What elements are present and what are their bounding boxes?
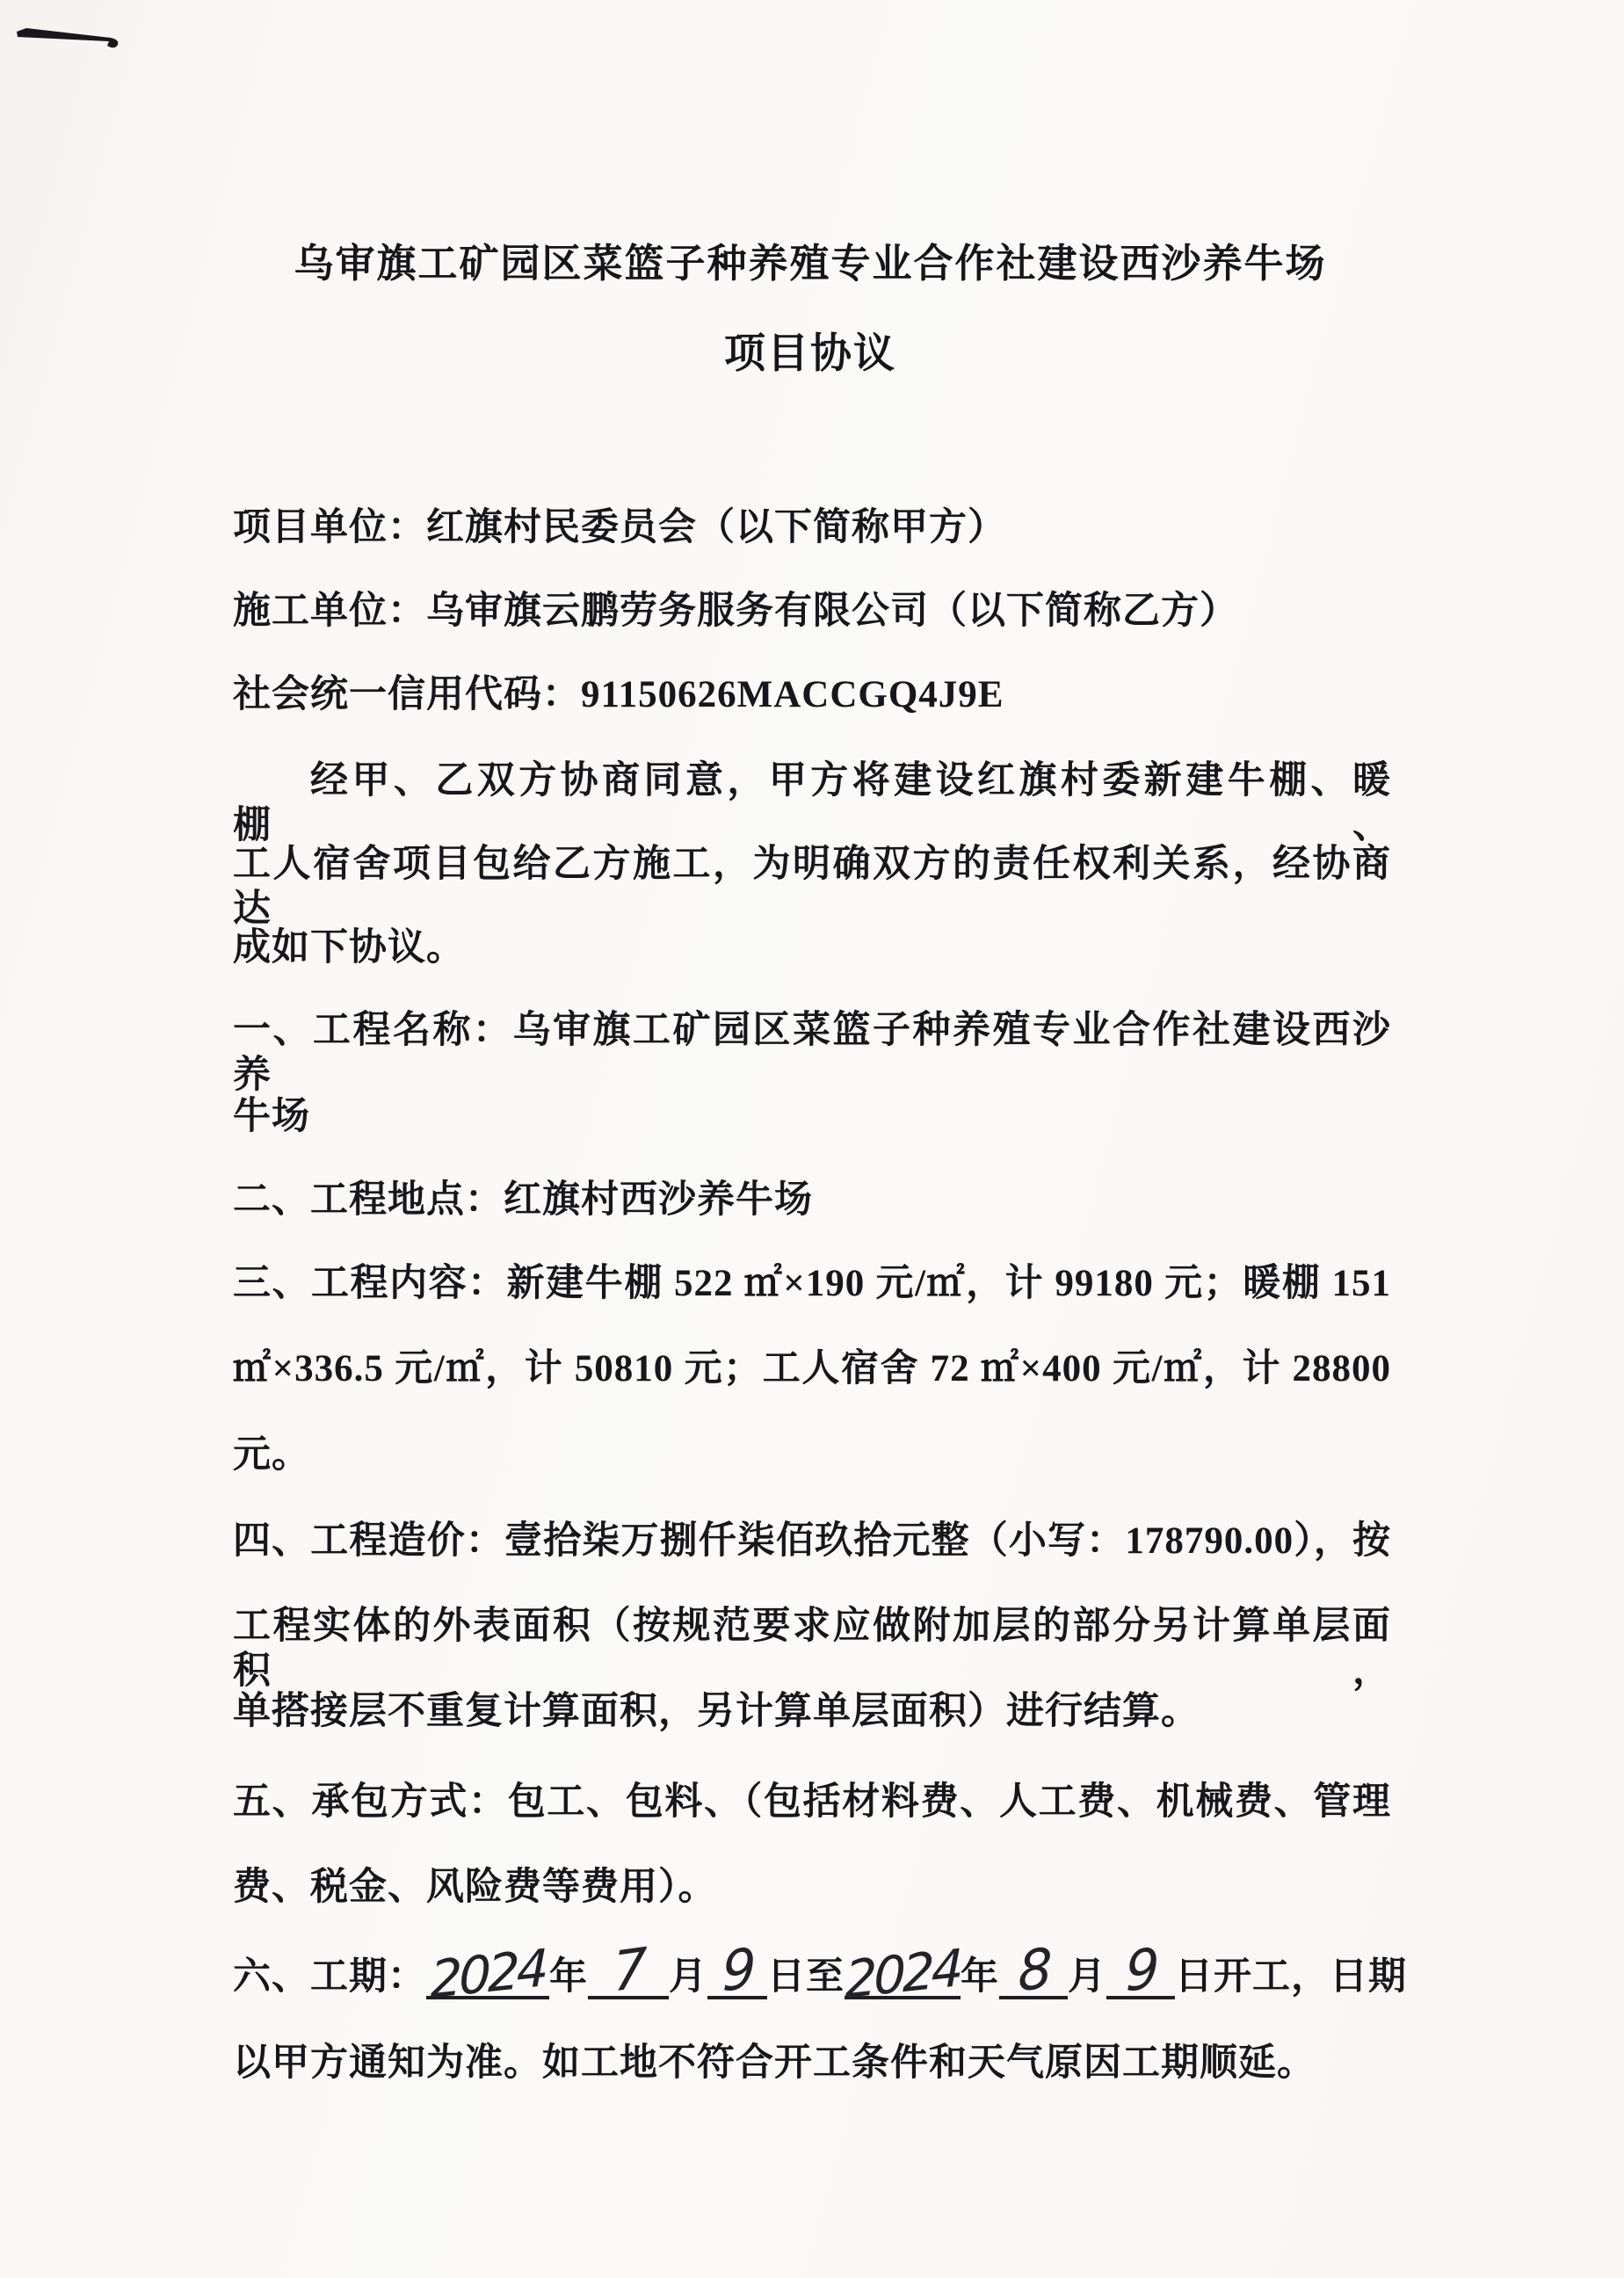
blank-start-month: 7 <box>588 1985 669 1999</box>
handwritten-start-month: 7 <box>613 1941 643 2000</box>
blank-end-year: 2024 <box>845 1985 961 1999</box>
line-clause3-content-2: ㎡×336.5 元/㎡，计 50810 元；工人宿舍 72 ㎡×400 元/㎡，… <box>233 1347 1391 1392</box>
line-construction-unit: 施工单位：乌审旗云鹏劳务服务有限公司（以下简称乙方） <box>233 590 1391 635</box>
line-clause1-name: 一、工程名称：乌审旗工矿园区菜篮子种养殖专业合作社建设西沙养 <box>233 1009 1391 1098</box>
ink-smudge-mark <box>12 21 139 60</box>
line-clause4-price-3: 单搭接层不重复计算面积，另计算单层面积）进行结算。 <box>233 1690 1391 1735</box>
handwritten-start-day: 9 <box>721 1941 752 2000</box>
handwritten-end-day: 9 <box>1125 1941 1156 2000</box>
schedule-prefix: 六、工期： <box>233 1955 426 2000</box>
blank-end-day: 9 <box>1106 1985 1175 1999</box>
year-char-2: 年 <box>961 1955 999 2000</box>
month-char-2: 月 <box>1068 1955 1106 2000</box>
document-title: 乌审旗工矿园区菜篮子种养殖专业合作社建设西沙养牛场 <box>230 243 1390 287</box>
to-chars: 日至 <box>767 1955 845 2000</box>
handwritten-start-year: 2024 <box>431 1942 546 2006</box>
schedule-suffix: 日开工，日期 <box>1175 1955 1407 2000</box>
line-clause4-price-2: 工程实体的外表面积（按规范要求应做附加层的部分另计算单层面积， <box>233 1605 1391 1694</box>
line-credit-code: 社会统一信用代码：91150626MACCGQ4J9E <box>233 673 1391 718</box>
blank-start-day: 9 <box>707 1985 767 1999</box>
document-subtitle: 项目协议 <box>230 332 1390 378</box>
blank-start-year: 2024 <box>426 1985 549 1999</box>
line-clause3-content-1: 三、工程内容：新建牛棚 522 ㎡×190 元/㎡，计 99180 元；暖棚 1… <box>233 1262 1391 1307</box>
line-clause1-cont: 牛场 <box>233 1095 1391 1140</box>
month-char-1: 月 <box>669 1955 707 2000</box>
scanned-page: { "page": { "background": "#f9f8f6", "in… <box>0 0 1624 2278</box>
line-clause6-cont: 以甲方通知为准。如工地不符合开工条件和天气原因工期顺延。 <box>233 2042 1391 2086</box>
line-preamble-2: 工人宿舍项目包给乙方施工，为明确双方的责任权利关系，经协商达 <box>233 843 1391 932</box>
blank-end-month: 8 <box>999 1985 1068 1999</box>
line-clause6-schedule: 六、工期：2024年7月9日至2024年8月9日开工，日期 <box>233 1955 1391 2000</box>
line-clause3-content-3: 元。 <box>233 1433 1391 1478</box>
line-clause4-price-1: 四、工程造价：壹拾柒万捌仟柒佰玖拾元整（小写：178790.00），按 <box>233 1520 1391 1564</box>
handwritten-end-year: 2024 <box>845 1942 961 2006</box>
line-preamble-3: 成如下协议。 <box>233 926 1391 971</box>
line-preamble-1: 经甲、乙双方协商同意，甲方将建设红旗村委新建牛棚、暖棚、 <box>233 759 1391 848</box>
line-clause5-method-1: 五、承包方式：包工、包料、（包括材料费、人工费、机械费、管理 <box>233 1781 1391 1825</box>
line-clause2-location: 二、工程地点：红旗村西沙养牛场 <box>233 1179 1391 1223</box>
line-project-unit: 项目单位：红旗村民委员会（以下简称甲方） <box>233 506 1391 551</box>
year-char-1: 年 <box>549 1955 588 2000</box>
handwritten-end-month: 8 <box>1018 1941 1048 2000</box>
line-clause5-method-2: 费、税金、风险费等费用）。 <box>233 1866 1391 1911</box>
